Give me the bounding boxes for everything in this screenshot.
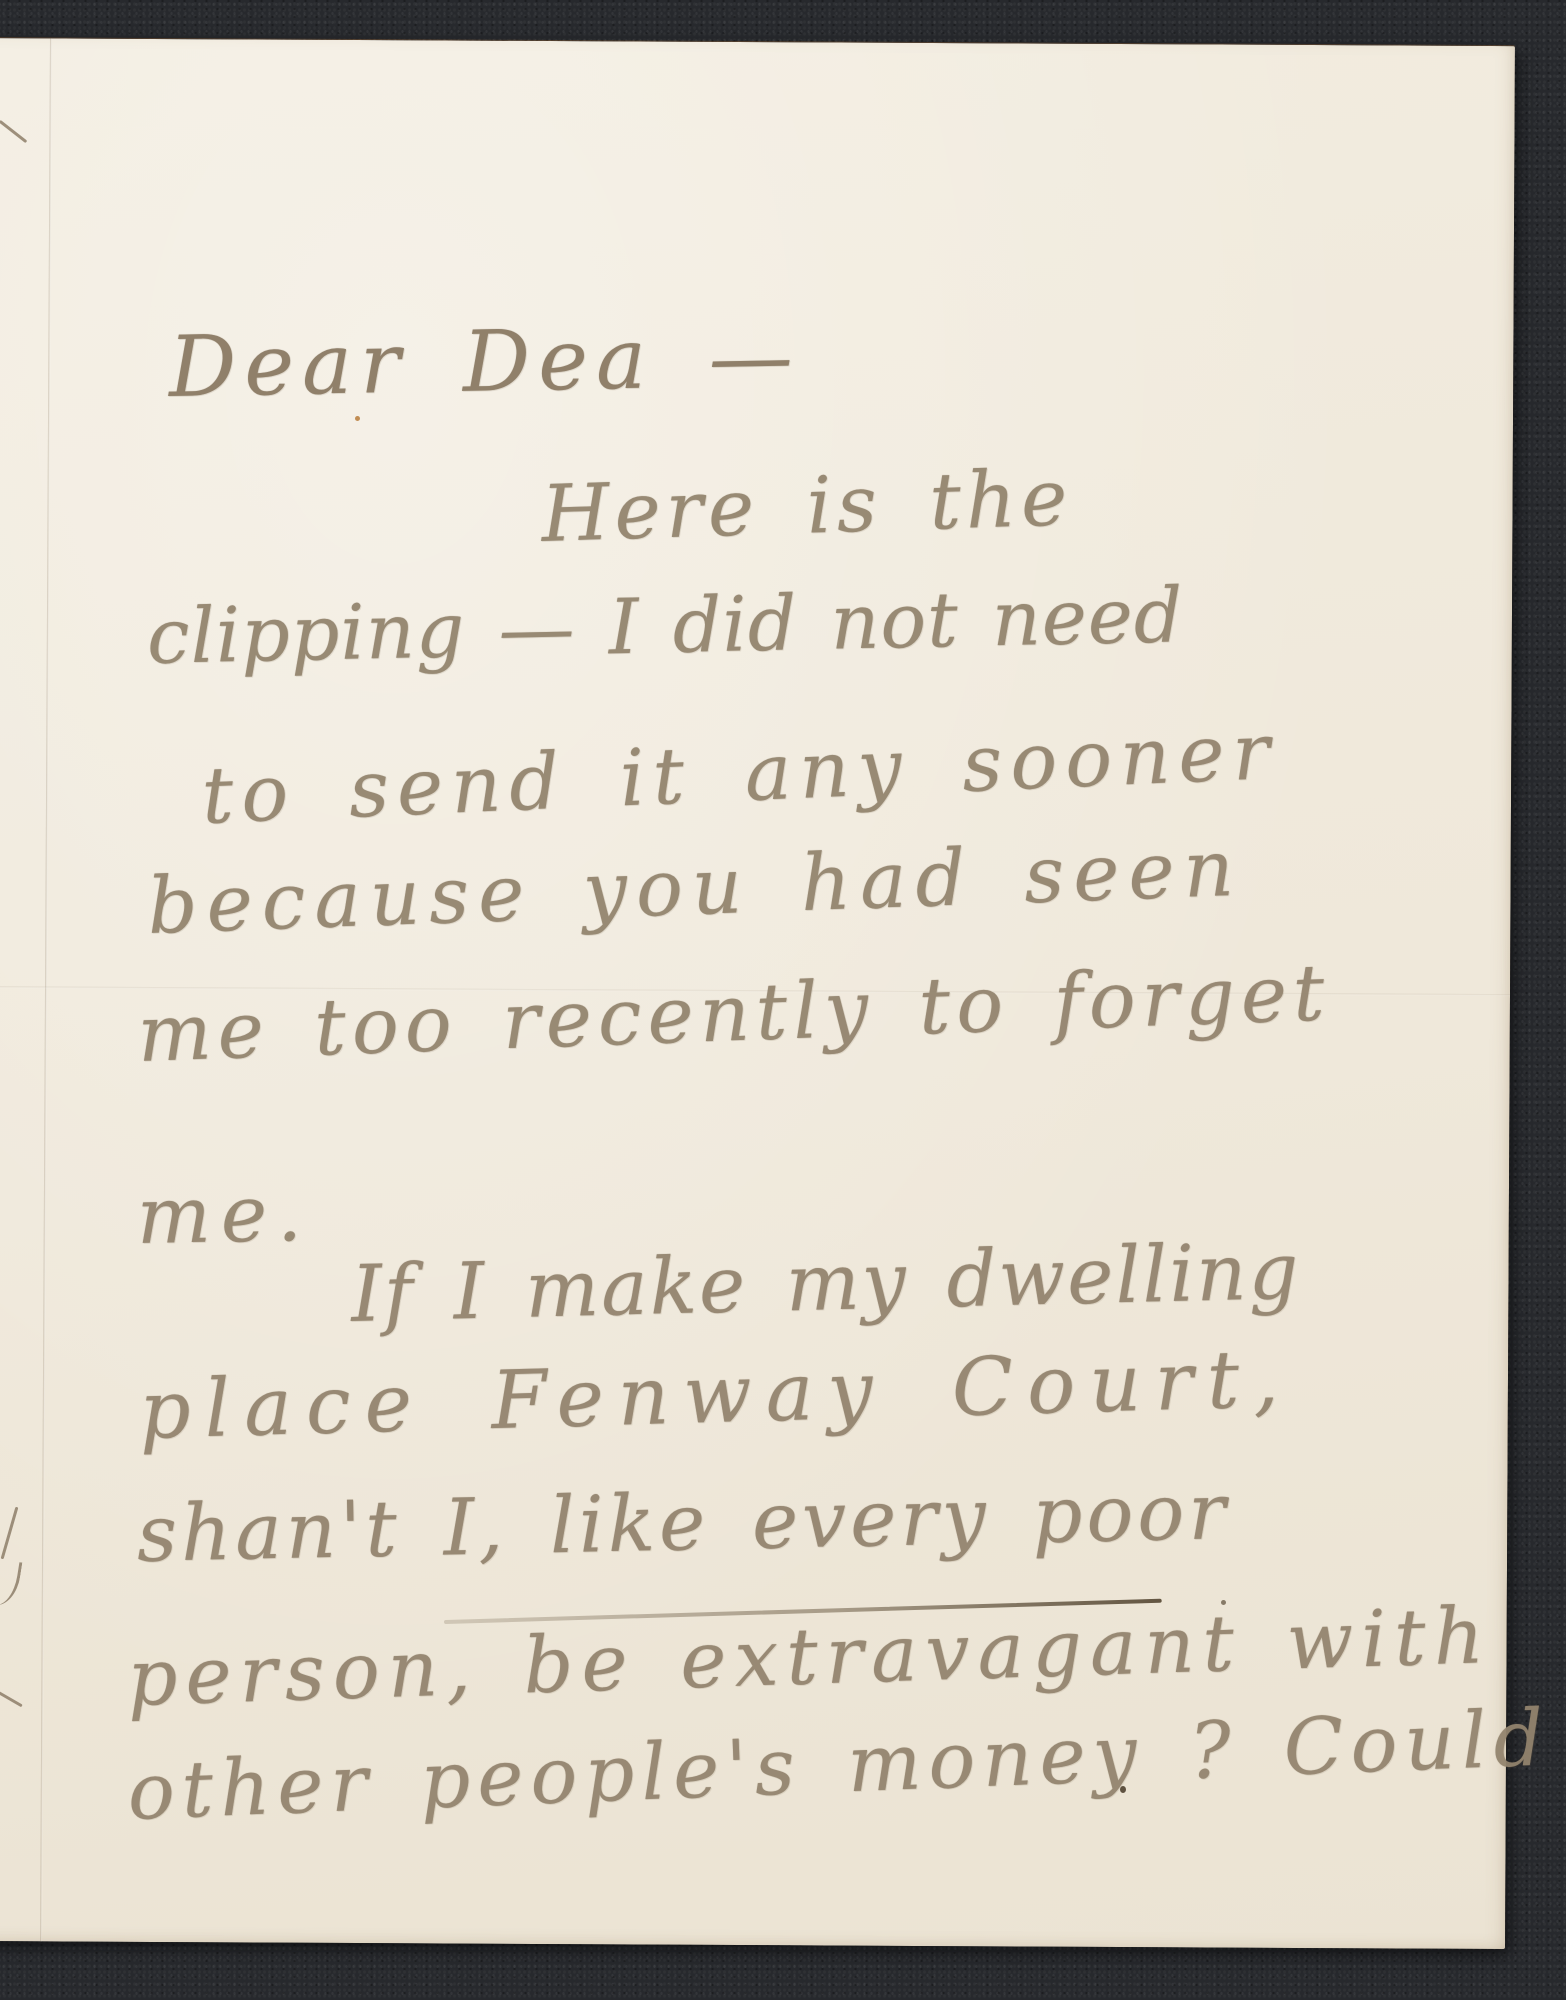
handwriting-line-3: clipping — I did not need bbox=[146, 570, 1184, 681]
handwriting-line-9: place Fenway Court, bbox=[138, 1332, 1294, 1457]
handwriting-line-6: me too recently to forget bbox=[136, 948, 1332, 1080]
stray-ink-mark bbox=[1, 1507, 19, 1560]
handwriting-line-7: me. bbox=[136, 1169, 312, 1262]
handwriting-line-5: because you had seen bbox=[146, 824, 1244, 952]
handwriting-line-10: shan't I, like every poor bbox=[136, 1467, 1230, 1580]
stray-ink-mark bbox=[0, 1690, 23, 1708]
stray-ink-mark bbox=[0, 120, 27, 143]
handwriting-line-4: to send it any sooner bbox=[200, 707, 1279, 842]
ink-dot bbox=[1221, 1600, 1226, 1605]
stray-ink-mark bbox=[0, 1558, 22, 1608]
ink-dot bbox=[1120, 1786, 1126, 1793]
handwriting-line-salutation: Dear Dea — bbox=[168, 307, 801, 416]
handwriting-line-8: If I make my dwelling bbox=[350, 1227, 1301, 1340]
letter-photograph: Dear Dea — Here is the clipping — I did … bbox=[0, 0, 1566, 2000]
ink-dot bbox=[355, 416, 360, 421]
handwriting-line-2: Here is the bbox=[540, 453, 1074, 560]
handwriting-layer: Dear Dea — Here is the clipping — I did … bbox=[0, 0, 1566, 2000]
